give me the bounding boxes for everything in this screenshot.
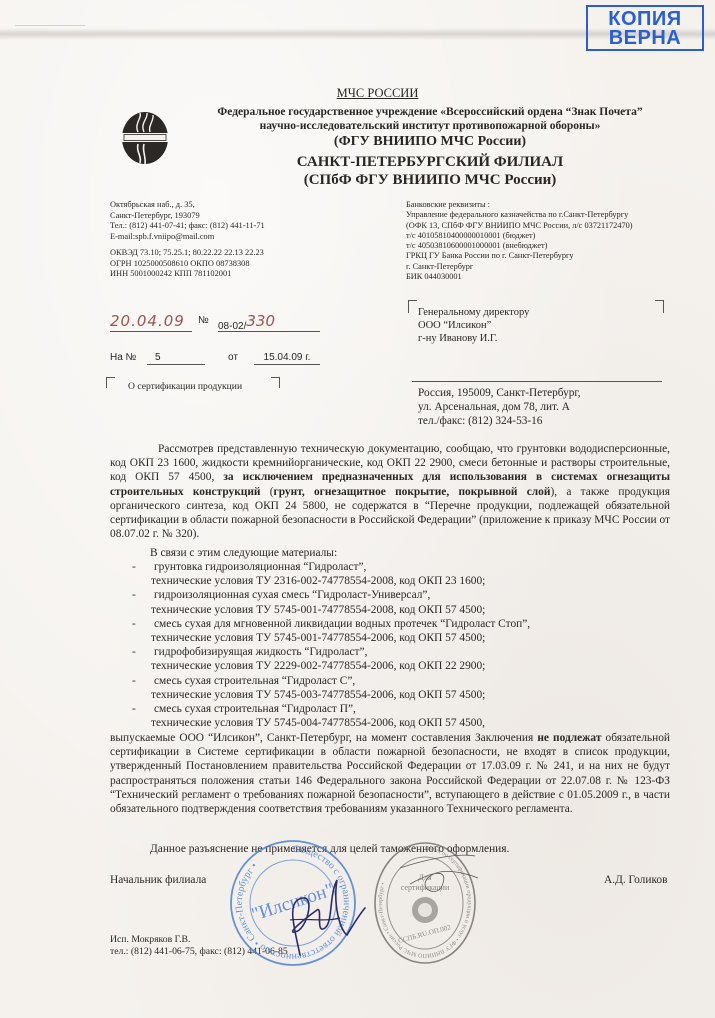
sender-phone: Тел.: (812) 441-07-41; факс: (812) 441-1…	[110, 221, 265, 232]
reference-date: 15.04.09 г.	[254, 349, 320, 365]
list-item: -гидрофобизируящая жидкость “Гидроласт”,…	[110, 645, 670, 673]
handwritten-signature	[255, 860, 385, 960]
certification-seal-icon: Орган по сертификации продукции и услуг …	[370, 838, 480, 968]
body-paragraph-3: выпускаемые ООО “Илсикон”, Санкт-Петербу…	[110, 731, 670, 816]
registration-number-label: №	[198, 315, 209, 326]
document-page: КОПИЯ ВЕРНА МЧС РОССИИ Федеральное госуд…	[0, 0, 715, 1018]
list-item: -гидроизоляционная сухая смесь “Гидролас…	[110, 588, 670, 616]
list-item: -смесь сухая для мгновенной ликвидации в…	[110, 617, 670, 645]
bank-line: БИК 044030001	[406, 272, 633, 282]
bank-line: Управление федерального казначейства по …	[406, 210, 633, 220]
recipient-city: Россия, 195009, Санкт-Петербург,	[418, 386, 581, 400]
subject-line: О сертификации продукции	[106, 377, 280, 393]
list-item: -смесь сухая строительная “Гидроласт П”,…	[110, 702, 670, 730]
bank-details: Банковские реквизиты : Управление федера…	[406, 200, 633, 282]
registration-number: 08-02/330	[218, 312, 320, 332]
registration-date: 20.04.09	[110, 312, 192, 332]
sender-okved: ОКВЭД 73.10; 75.25.1; 80.22.22 22.13 22.…	[110, 248, 265, 259]
recipient-company: ООО “Илсикон”	[418, 319, 529, 332]
svg-text:Для: Для	[418, 873, 431, 882]
org-line1: Федеральное государственное учреждение «…	[180, 105, 680, 119]
sender-ogrn: ОГРН 1025000508610 ОКПО 08738308	[110, 259, 265, 270]
sender-street: Октябрьская наб., д. 35,	[110, 200, 265, 211]
bold-exclusion-items: грунт, огнезащитное покрытие, покрывной …	[274, 486, 551, 498]
bank-line: т/с 40503810600001000001 (внебюджет)	[406, 241, 633, 251]
flame-emblem-icon	[120, 110, 170, 166]
bank-line: (ОФК 13, СПбФ ФГУ ВНИИПО МЧС России, л/с…	[406, 221, 633, 231]
recipient: Генеральному директору ООО “Илсикон” г-н…	[418, 306, 529, 345]
ministry-name: МЧС РОССИИ	[0, 86, 715, 101]
organization-name: Федеральное государственное учреждение «…	[180, 105, 680, 150]
recipient-address: Россия, 195009, Санкт-Петербург, ул. Арс…	[418, 386, 581, 428]
registration-number-prefix: 08-02/	[218, 321, 246, 332]
org-line2: научно-исследовательский институт против…	[180, 119, 680, 133]
signatory-title: Начальник филиала	[110, 874, 206, 886]
scan-artifact-line	[15, 25, 85, 26]
branch-name: САНКТ-ПЕТЕРБУРГСКИЙ ФИЛИАЛ (СПбФ ФГУ ВНИ…	[200, 153, 660, 189]
subject-text: О сертификации продукции	[128, 381, 242, 392]
bank-line: г. Санкт-Петербург	[406, 262, 633, 272]
signatory-name: А.Д. Голиков	[604, 874, 667, 886]
bank-line: т/с 40105810400000010001 (бюджет)	[406, 231, 633, 241]
branch-title: САНКТ-ПЕТЕРБУРГСКИЙ ФИЛИАЛ	[200, 153, 660, 171]
reference-label: На №	[110, 352, 136, 363]
sender-address: Октябрьская наб., д. 35, Санкт-Петербург…	[110, 200, 265, 280]
body-paragraph-1: Рассмотрев представленную техническую до…	[110, 442, 670, 541]
recipient-street: ул. Арсенальная, дом 78, лит. А	[418, 400, 581, 414]
recipient-person: г-ну Иванову И.Г.	[418, 332, 529, 345]
bold-not-subject: не подлежат	[537, 732, 601, 744]
recipient-position: Генеральному директору	[418, 306, 529, 319]
sender-city: Санкт-Петербург, 193079	[110, 211, 265, 222]
list-item: -смесь сухая строительная “Гидроласт С”,…	[110, 674, 670, 702]
bank-title: Банковские реквизиты :	[406, 200, 633, 210]
svg-text:ССПБ.RU.ОП.002: ССПБ.RU.ОП.002	[397, 923, 452, 945]
copy-stamp-line2: ВЕРНА	[588, 29, 702, 48]
recipient-divider	[412, 381, 662, 382]
sender-inn: ИНН 5001000242 КПП 781102001	[110, 269, 265, 280]
bank-line: ГРКЦ ГУ Банка России по г. Санкт-Петербу…	[406, 251, 633, 261]
copy-certified-stamp: КОПИЯ ВЕРНА	[586, 5, 704, 51]
list-item: -грунтовка гидроизоляционная “Гидроласт”…	[110, 560, 670, 588]
branch-abbreviation: (СПбФ ФГУ ВНИИПО МЧС России)	[200, 171, 660, 189]
recipient-phone: тел./факс: (812) 324-53-16	[418, 414, 581, 428]
org-abbreviation: (ФГУ ВНИИПО МЧС России)	[180, 133, 680, 150]
registration-number-handwritten: 330	[246, 312, 275, 330]
reference-from-label: от	[228, 352, 238, 363]
materials-list: -грунтовка гидроизоляционная “Гидроласт”…	[110, 560, 670, 730]
body-paragraph-2: В связи с этим следующие материалы:	[110, 546, 670, 560]
sender-email: E-mail:spb.f.vniipo@mail.com	[110, 232, 265, 243]
reference-number: 5	[147, 349, 205, 365]
